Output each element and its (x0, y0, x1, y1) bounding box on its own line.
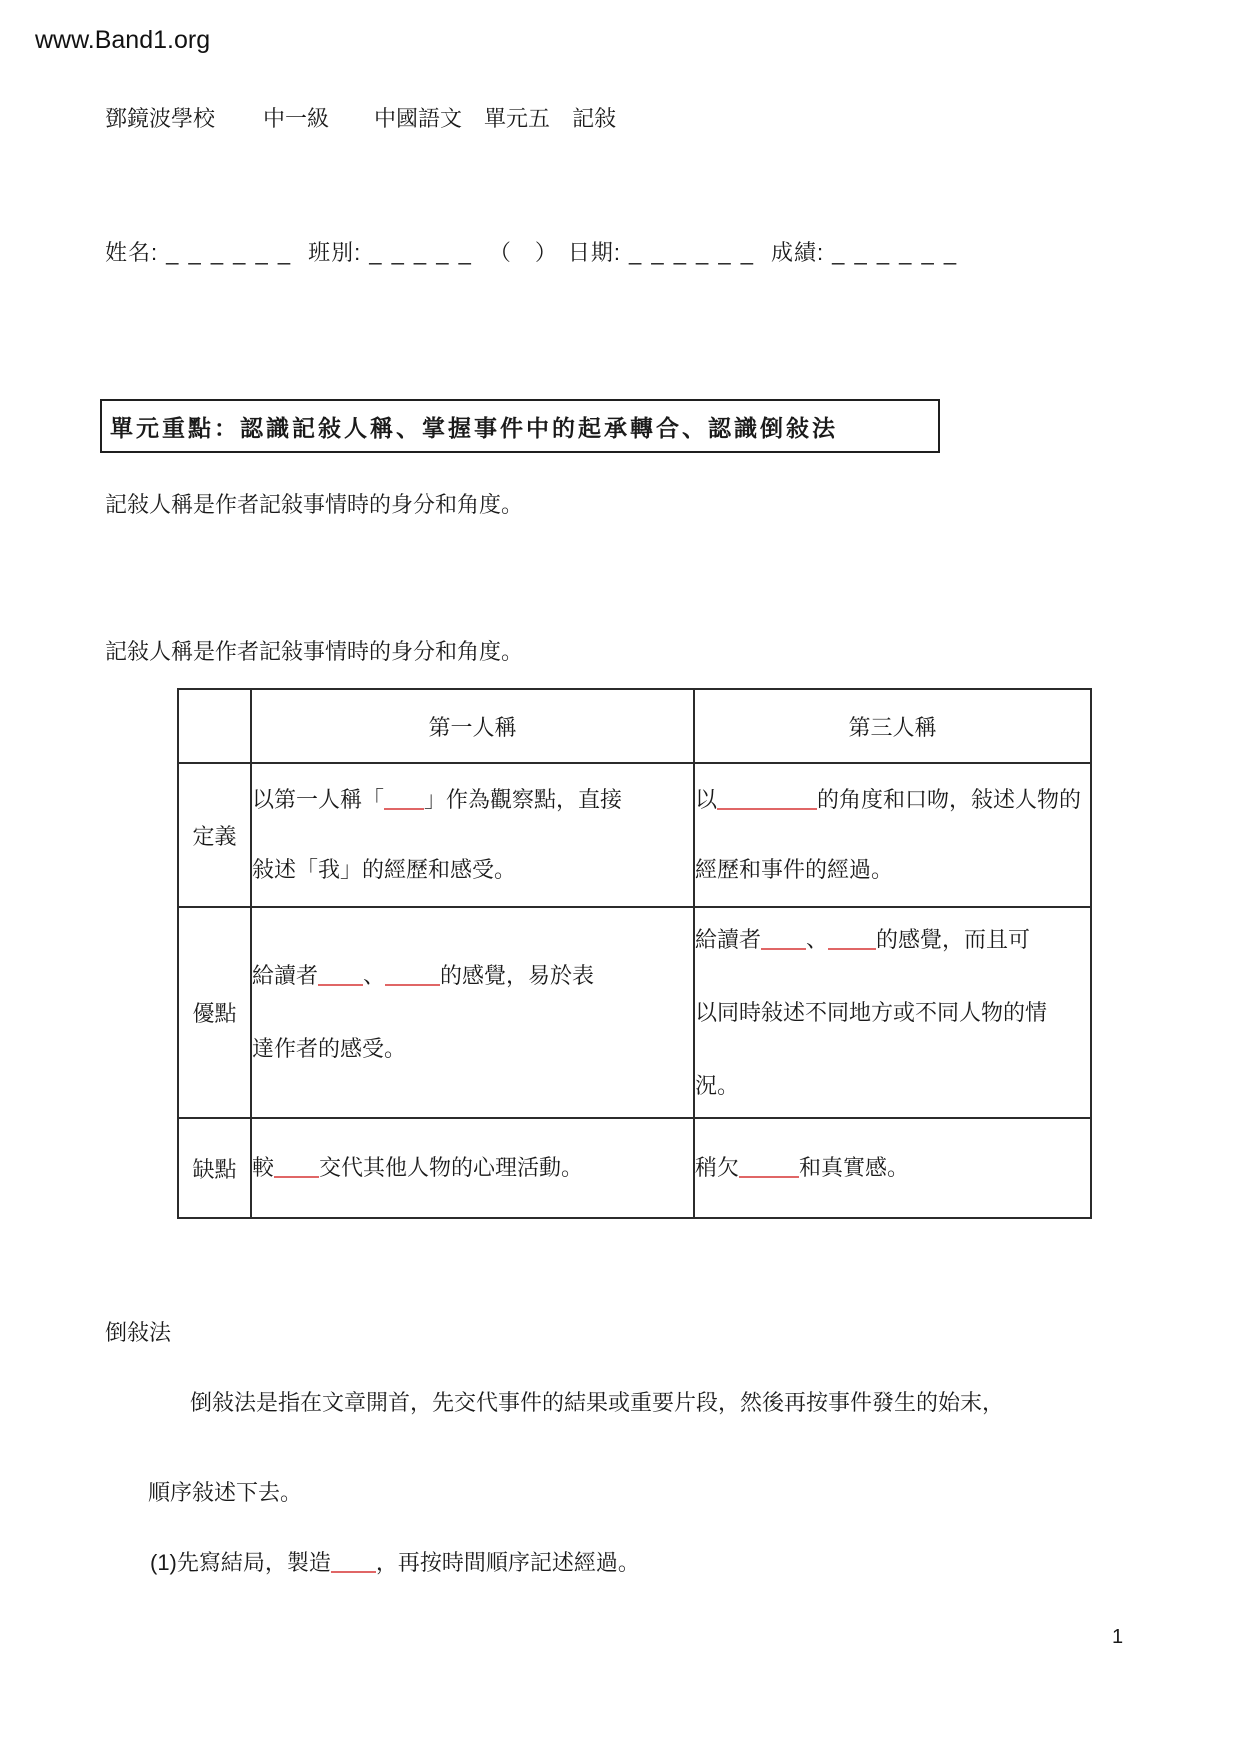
table-row-definition: 定義 以第一人稱「」作為觀察點，直接 敍述「我」的經歷和感受。 以的角度和口吻，… (178, 763, 1091, 907)
score-blank: _ _ _ _ _ _ (832, 240, 958, 265)
definition-third-person-cell: 以的角度和口吻，敍述人物的 經歷和事件的經過。 (694, 763, 1091, 907)
date-blank: _ _ _ _ _ _ (629, 240, 755, 265)
name-blank: _ _ _ _ _ _ (166, 240, 292, 265)
unit-number: 單元五 (484, 106, 550, 131)
fill-in-blank (717, 806, 817, 810)
advantage-third-person-cell: 給讀者、的感覺，而且可 以同時敍述不同地方或不同人物的情 況。 (694, 907, 1091, 1118)
row-label-disadvantage: 缺點 (178, 1118, 251, 1218)
unit-focus-text: 單元重點：認識記敍人稱、掌握事件中的起承轉合、認識倒敍法 (110, 410, 838, 443)
unit-topic: 記敍 (572, 106, 616, 131)
site-watermark: www.Band1.org (35, 26, 210, 55)
fill-in-blank (331, 1569, 376, 1573)
column-header-first-person: 第一人稱 (251, 689, 694, 763)
subject-name: 中國語文 (374, 106, 462, 131)
fill-in-blank (274, 1174, 319, 1178)
flashback-paragraph-line-2: 順序敍述下去。 (148, 1476, 302, 1507)
fill-in-blank (384, 806, 424, 810)
row-label-definition: 定義 (178, 763, 251, 907)
row-label-advantage: 優點 (178, 907, 251, 1118)
class-blank: _ _ _ _ _ (369, 240, 473, 265)
flashback-heading: 倒敍法 (105, 1316, 171, 1347)
table-corner-cell (178, 689, 251, 763)
fill-in-blank (739, 1174, 799, 1178)
fill-in-blank (318, 982, 363, 986)
table-row-disadvantage: 缺點 較交代其他人物的心理活動。 稍欠和真實感。 (178, 1118, 1091, 1218)
narration-intro-line-1: 記敍人稱是作者記敍事情時的身分和角度。 (105, 488, 523, 519)
worksheet-page: www.Band1.org 鄧鏡波學校中一級中國語文單元五記敍 姓名:_ _ _… (0, 0, 1240, 1754)
advantage-first-person-cell: 給讀者、的感覺，易於表 達作者的感受。 (251, 907, 694, 1118)
fill-in-blank (385, 982, 440, 986)
page-number: 1 (1112, 1626, 1123, 1649)
class-number-parentheses: （ ） (489, 240, 558, 265)
document-header: 鄧鏡波學校中一級中國語文單元五記敍 (105, 102, 616, 133)
school-name: 鄧鏡波學校 (105, 106, 215, 131)
grade-level: 中一級 (263, 106, 329, 131)
table-row-advantage: 優點 給讀者、的感覺，易於表 達作者的感受。 給讀者、的感覺，而且可 以同時敍述… (178, 907, 1091, 1118)
name-label: 姓名: (105, 240, 158, 265)
narration-intro-line-2: 記敍人稱是作者記敍事情時的身分和角度。 (105, 635, 523, 666)
class-label: 班別: (308, 240, 361, 265)
disadvantage-first-person-cell: 較交代其他人物的心理活動。 (251, 1118, 694, 1218)
disadvantage-third-person-cell: 稍欠和真實感。 (694, 1118, 1091, 1218)
date-label: 日期: (568, 240, 621, 265)
unit-focus-box: 單元重點：認識記敍人稱、掌握事件中的起承轉合、認識倒敍法 (100, 399, 940, 453)
score-label: 成績: (771, 240, 824, 265)
flashback-point-1: (1)先寫結局，製造，再按時間順序記述經過。 (150, 1546, 640, 1577)
table-header-row: 第一人稱 第三人稱 (178, 689, 1091, 763)
definition-first-person-cell: 以第一人稱「」作為觀察點，直接 敍述「我」的經歷和感受。 (251, 763, 694, 907)
column-header-third-person: 第三人稱 (694, 689, 1091, 763)
student-info-line: 姓名:_ _ _ _ _ _班別:_ _ _ _ _（ ）日期:_ _ _ _ … (105, 236, 974, 267)
flashback-paragraph-line-1: 倒敍法是指在文章開首，先交代事件的結果或重要片段，然後再按事件發生的始末， (190, 1386, 1004, 1417)
fill-in-blank (828, 946, 876, 950)
fill-in-blank (761, 946, 806, 950)
narration-person-table: 第一人稱 第三人稱 定義 以第一人稱「」作為觀察點，直接 敍述「我」的經歷和感受… (177, 688, 1092, 1219)
